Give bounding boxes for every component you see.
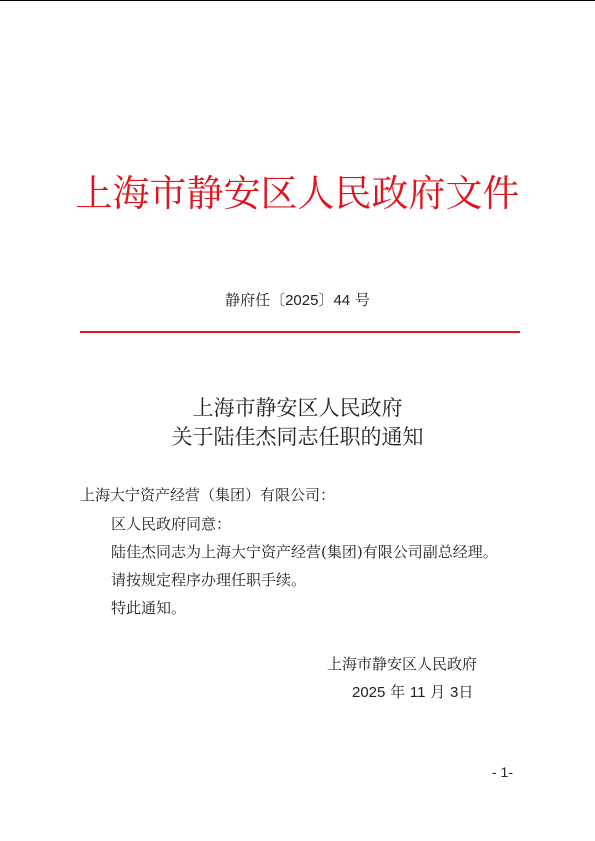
document-title: 上海市静安区人民政府 关于陆佳杰同志任职的通知	[0, 394, 595, 452]
doc-number-value: 44	[333, 292, 350, 309]
addressee: 上海大宁资产经营（集团）有限公司：	[80, 484, 335, 506]
top-border	[0, 0, 595, 1]
signature-issuer: 上海市静安区人民政府	[327, 653, 477, 675]
page-number: - 1-	[492, 762, 513, 782]
document-number: 静府任〔2025〕44 号	[0, 289, 595, 312]
doc-number-suffix: 号	[350, 291, 370, 309]
red-divider	[80, 331, 520, 333]
document-header-title: 上海市静安区人民政府文件	[0, 170, 595, 218]
body-paragraph: 请按规定程序办理任职手续。	[111, 569, 306, 591]
date-month-unit: 月	[426, 683, 451, 701]
doc-number-prefix: 静府任〔	[225, 291, 285, 309]
issue-date: 2025 年 11 月 3日	[352, 681, 473, 704]
doc-number-mid: 〕	[318, 291, 333, 309]
date-day-unit: 日	[458, 683, 473, 701]
date-year-unit: 年	[385, 683, 410, 701]
title-line-2: 关于陆佳杰同志任职的通知	[0, 423, 595, 452]
doc-number-year: 2025	[285, 292, 318, 309]
body-paragraph: 陆佳杰同志为上海大宁资产经营(集团)有限公司副总经理。	[111, 541, 498, 563]
body-paragraph: 特此通知。	[111, 597, 186, 619]
date-year: 2025	[352, 684, 385, 701]
date-month: 11	[410, 684, 426, 701]
title-line-1: 上海市静安区人民政府	[0, 394, 595, 423]
body-paragraph: 区人民政府同意：	[111, 513, 231, 535]
